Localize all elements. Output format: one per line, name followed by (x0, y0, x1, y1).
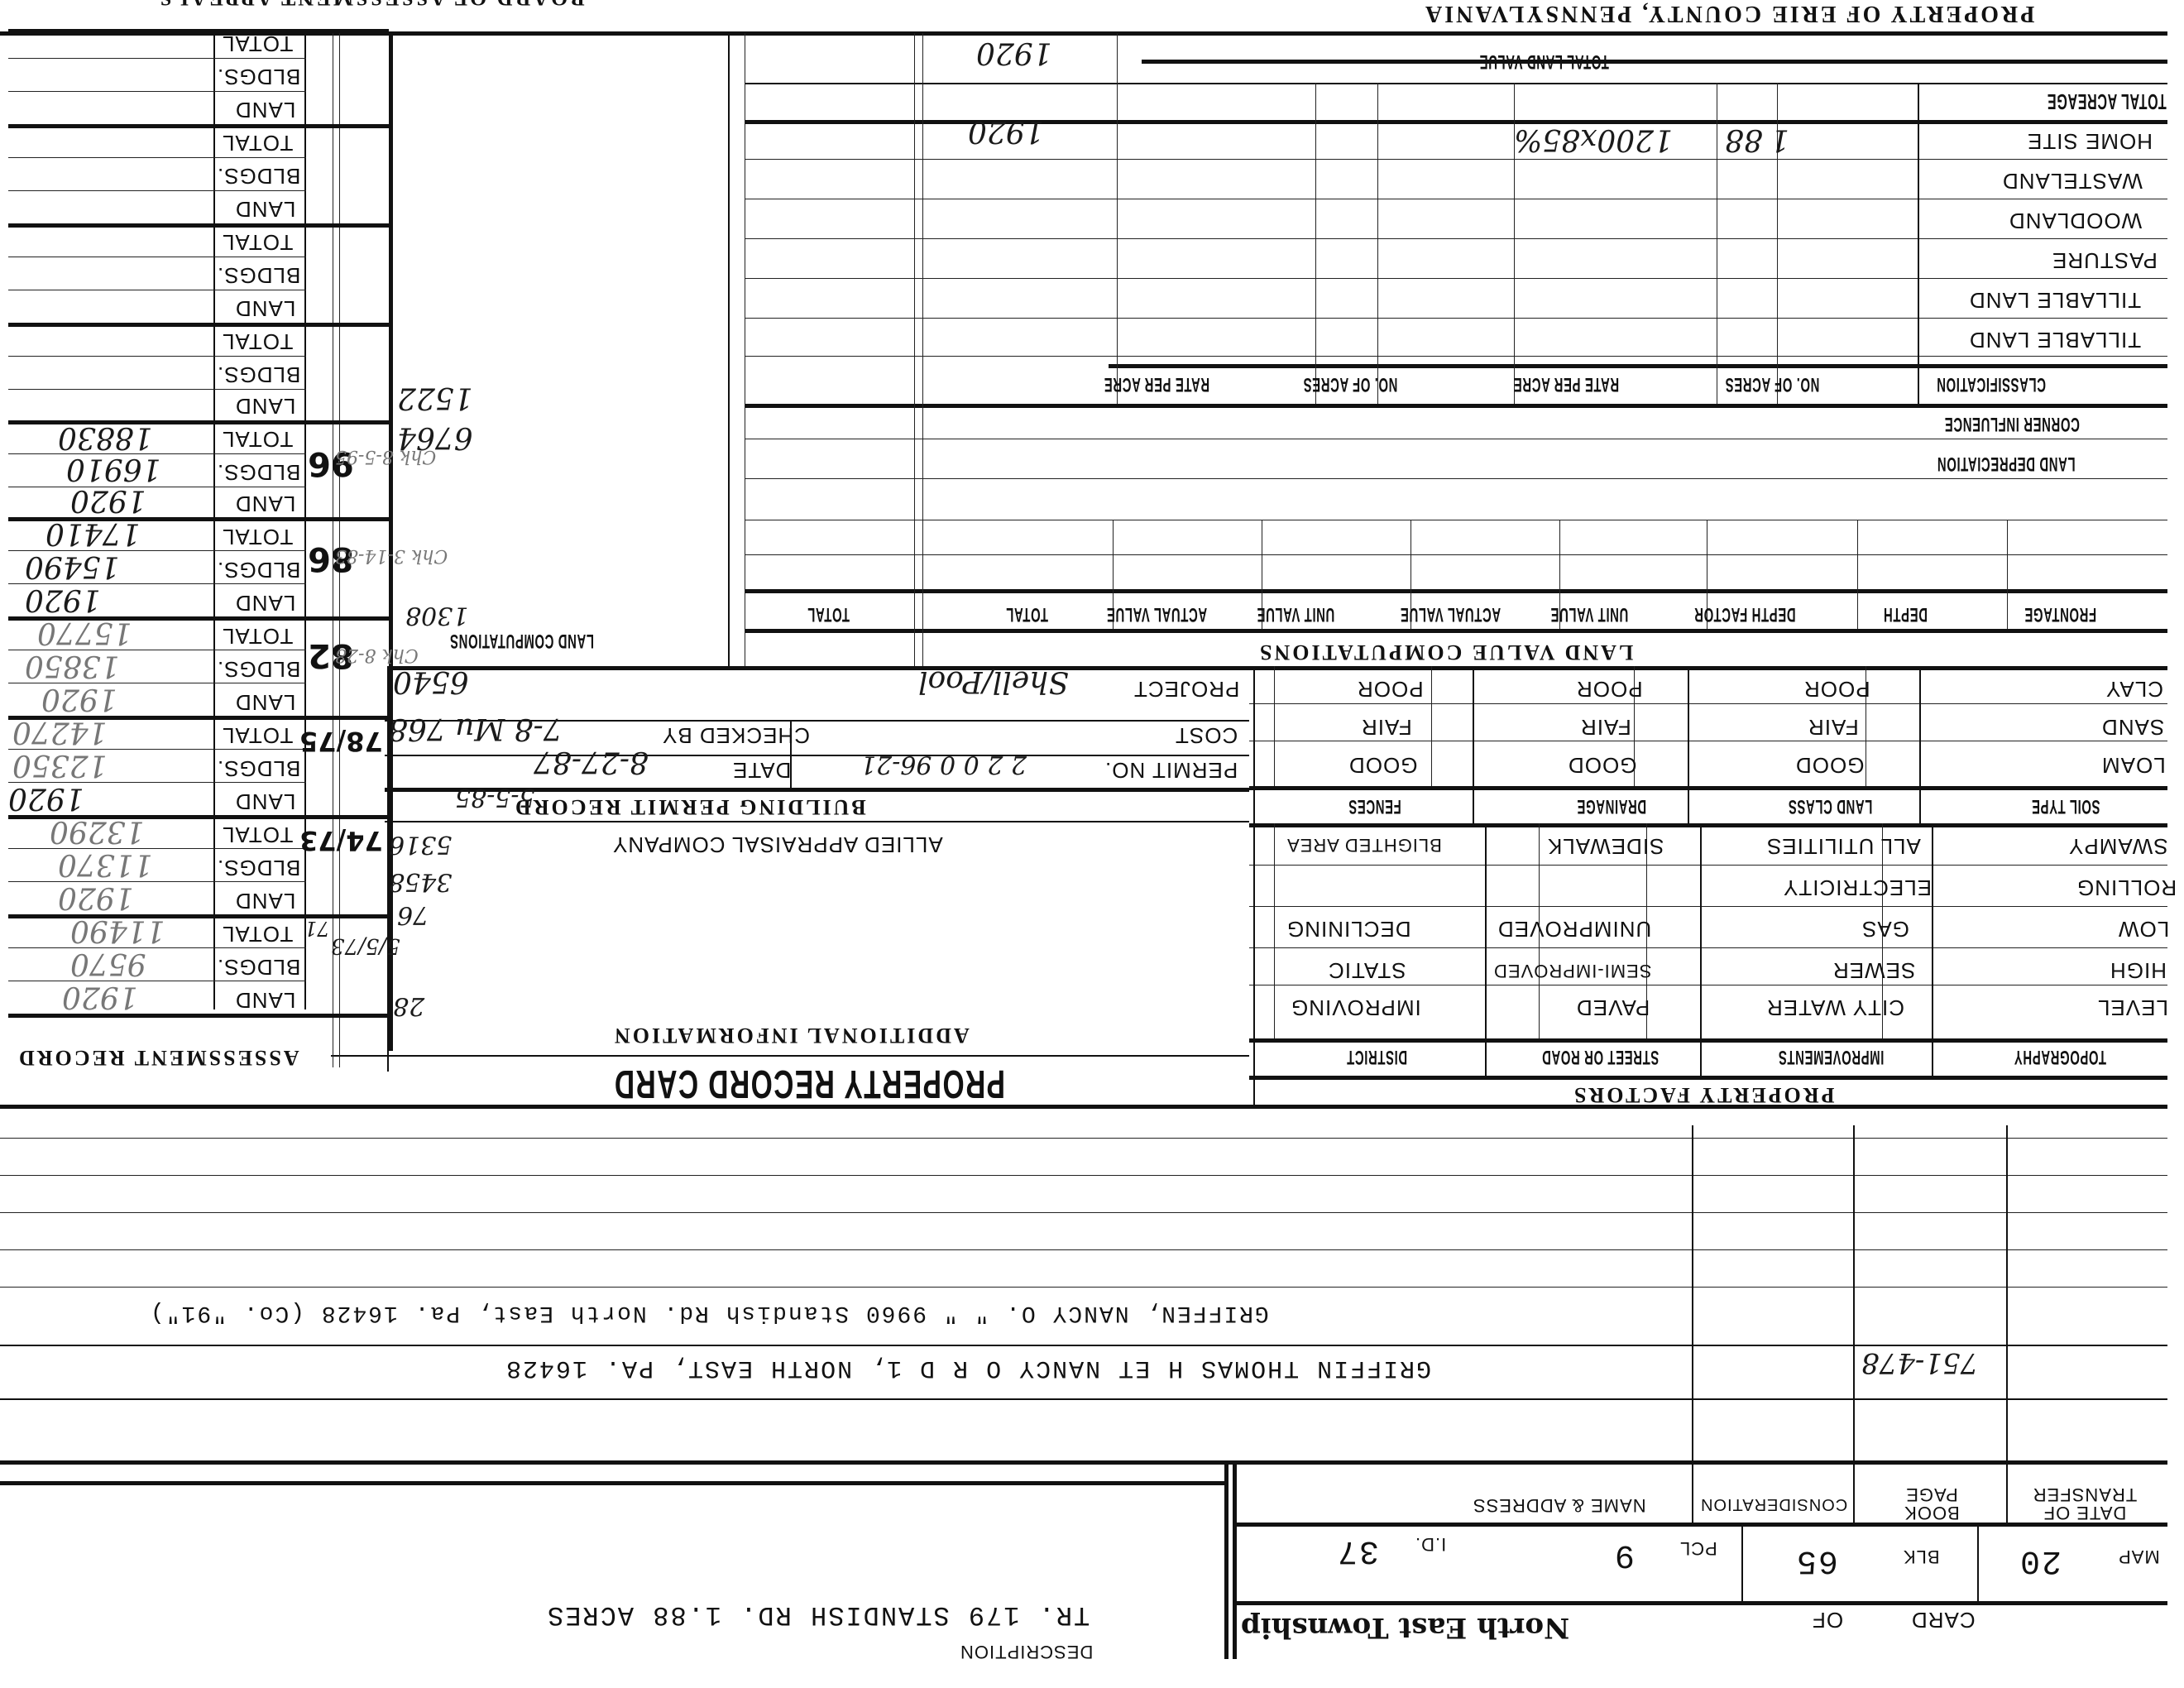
lc-value-3: 1308 (405, 602, 468, 627)
assess-86-total: 17410 (45, 518, 141, 548)
label-project: PROJECT (1133, 679, 1239, 700)
pcl-value: 9 (1613, 1537, 1635, 1571)
label-land-depreciation: LAND DEPRECIATION (1937, 453, 2075, 473)
project-value: Shell/Pool (918, 666, 1069, 696)
assess-96-bldgs: 16910 (66, 453, 161, 483)
header-book-page: BOOK PAGE (1890, 1485, 1973, 1522)
soil-loam: LOAM (2101, 755, 2166, 776)
impr-all-utilities: ALL UTILITIES (1766, 836, 1921, 857)
header-drainage: DRAINAGE (1577, 796, 1646, 816)
home-site-total: 1920 (968, 116, 1044, 146)
building-permit-title: BUILDING PERMIT RECORD (513, 796, 866, 818)
header-depth-factor: DEPTH FACTOR (1694, 604, 1796, 624)
additional-information: ADDITIONAL INFORMATION (612, 1024, 970, 1046)
fences-poor: POOR (1357, 679, 1424, 700)
label-total-acreage: TOTAL ACREAGE (2047, 91, 2166, 113)
assess-71-total: 11490 (70, 915, 165, 945)
home-site-acres: 1 (1770, 124, 1789, 154)
street-sidewalk: SIDEWALK (1547, 836, 1664, 857)
assess-note-82: Chk 8-28 (335, 645, 419, 664)
assess-year-74-73: 74/73 (299, 827, 383, 854)
assessment-record-title: ASSESSMENT RECORD (17, 1047, 299, 1068)
label-total: TOTAL (222, 33, 293, 55)
street-semi-improved: SEMI-IMPROVED (1493, 961, 1651, 980)
assess-82-bldgs: 13850 (25, 650, 120, 680)
lc-value-5: 5316 (389, 832, 452, 856)
blk-value: 65 (1795, 1543, 1838, 1576)
fences-fair: FAIR (1361, 717, 1412, 738)
lc-value-4: 6540 (393, 666, 469, 696)
label-bldgs: BLDGS. (217, 462, 300, 483)
county-title: PROPERTY OF ERIE COUNTY, PENNSYLVANIA (1423, 2, 2034, 25)
land-class-good: GOOD (1795, 755, 1864, 776)
street-unimproved: UNIMPROVED (1497, 918, 1651, 940)
label-permit-no: PERMIT NO. (1104, 760, 1238, 781)
header-land-class: LAND CLASS (1788, 796, 1872, 816)
label-total: TOTAL (222, 429, 293, 450)
label-total: TOTAL (222, 331, 293, 352)
label-total: TOTAL (222, 526, 293, 548)
header-date-of-transfer: DATE OF TRANSFER (2019, 1485, 2151, 1522)
side-date: 5-5-85 (455, 784, 535, 809)
assess-71-land: 1920 (62, 981, 138, 1011)
header-actual-value-2: ACTUAL VALUE (1106, 604, 1207, 624)
id-value: 37 (1336, 1533, 1379, 1566)
permit-date-value: 8-27-87 (534, 746, 649, 776)
drainage-good: GOOD (1568, 755, 1636, 776)
label-tillable-land-1: TILLABLE LAND (1969, 290, 2141, 311)
impr-gas: GAS (1861, 918, 1909, 940)
board-title: BOARD OF ASSESSMENT APPEALS (157, 0, 585, 8)
label-card: CARD (1911, 1609, 1976, 1631)
drainage-poor: POOR (1576, 679, 1643, 700)
assess-note-86: Chk 3-14-83 (335, 546, 448, 564)
label-total: TOTAL (222, 626, 293, 647)
header-fences: FENCES (1348, 796, 1401, 816)
soil-clay: CLAY (2105, 679, 2163, 700)
assess-82-total: 15770 (37, 617, 132, 647)
label-description: DESCRIPTION (960, 1642, 1093, 1661)
header-total-2: TOTAL (807, 604, 850, 624)
assess-78-land: 1920 (8, 783, 84, 813)
header-soil-type: SOIL TYPE (2031, 796, 2100, 816)
lc-value-6: 3458 (389, 869, 452, 894)
label-bldgs: BLDGS. (217, 857, 300, 879)
property-factors-title: PROPERTY FACTORS (1572, 1084, 1834, 1105)
label-map: MAP (2118, 1547, 2160, 1566)
label-land: LAND (235, 99, 295, 121)
allied-appraisal: ALLIED APPRAISAL COMPANY (612, 834, 943, 856)
total-land-value: 1920 (976, 37, 1052, 67)
header-total-1: TOTAL (1006, 604, 1048, 624)
transfer-row-1-book-page: 751-478 (1861, 1349, 1978, 1377)
label-of: OF (1812, 1609, 1843, 1631)
impr-sewer: SEWER (1832, 960, 1915, 981)
header-frontage: FRONTAGE (2024, 604, 2096, 624)
label-id: I.D. (1415, 1535, 1446, 1553)
label-total: TOTAL (222, 132, 293, 154)
land-value-title: LAND VALUE COMPUTATIONS (1257, 641, 1633, 663)
home-site-rate: 1200x85% (1514, 124, 1673, 154)
district-blighted-area: BLIGHTED AREA (1286, 836, 1442, 854)
label-land: LAND (235, 298, 295, 319)
label-land: LAND (235, 990, 295, 1011)
label-corner-influence: CORNER INFLUENCE (1944, 414, 2080, 434)
assess-96-total: 18830 (58, 422, 153, 452)
label-woodland: WOODLAND (2009, 210, 2142, 232)
impr-city-water: CITY WATER (1766, 997, 1904, 1019)
label-total: TOTAL (222, 923, 293, 945)
permit-no-value: 2 2 0 0 96-21 (860, 751, 1027, 776)
label-home-site: HOME SITE (2027, 131, 2153, 152)
assess-96-land: 1920 (70, 485, 146, 515)
soil-sand: SAND (2101, 717, 2164, 738)
header-no-of-acres-1: NO. OF ACRES (1725, 374, 1819, 394)
topo-rolling: ROLLING (2076, 877, 2177, 899)
assess-year-78-75: 78/75 (299, 728, 383, 755)
header-actual-value-1: ACTUAL VALUE (1400, 604, 1501, 624)
home-site-acres-fraction: 88 (1725, 124, 1763, 154)
label-bldgs: BLDGS. (217, 758, 300, 779)
assess-78-total: 14270 (12, 717, 108, 746)
assess-note-71: 5/5/73 (331, 935, 400, 957)
label-total: TOTAL (222, 824, 293, 846)
lc-value-7: 76 (397, 902, 429, 927)
street-paved: PAVED (1576, 997, 1650, 1019)
label-cost: COST (1175, 725, 1238, 746)
header-district: DISTRICT (1347, 1047, 1408, 1067)
label-land: LAND (235, 791, 295, 813)
land-class-fair: FAIR (1808, 717, 1859, 738)
header-topography: TOPOGRAPHY (2014, 1047, 2106, 1067)
header-name-address: NAME & ADDRESS (1473, 1496, 1646, 1514)
lc-value-8: 28 (393, 993, 424, 1018)
assess-74-land: 1920 (58, 882, 134, 912)
map-value: 20 (2019, 1543, 2062, 1576)
transfer-row-1-name: GRIFFIN THOMAS H ET NANCY O R D 1, NORTH… (505, 1355, 1431, 1380)
transfer-row-2-name: GRIFFEN, NANCY O. " " 9960 Standish Rd. … (149, 1301, 1269, 1324)
label-wasteland: WASTELAND (2002, 170, 2143, 192)
label-bldgs: BLDGS. (217, 659, 300, 680)
township-name: North East Township (1241, 1614, 1569, 1642)
label-land: LAND (235, 592, 295, 614)
description-value: TR. 179 STANDISH RD. 1.88 ACRES (546, 1601, 1090, 1628)
header-unit-value-2: UNIT VALUE (1257, 604, 1334, 624)
drainage-fair: FAIR (1580, 717, 1631, 738)
header-classification: CLASSIFICATION (1937, 374, 2046, 394)
header-no-of-acres-2: NO. OF ACRES (1303, 374, 1397, 394)
label-checked-by: CHECKED BY (662, 725, 810, 746)
assess-74-bldgs: 11370 (58, 849, 153, 879)
property-record-card-title: PROPERTY RECORD CARD (613, 1063, 1005, 1103)
header-improvements: IMPROVEMENTS (1778, 1047, 1884, 1067)
label-total: TOTAL (222, 725, 293, 746)
label-land: LAND (235, 890, 295, 912)
impr-electricity: ELECTRICITY (1783, 877, 1932, 899)
header-consideration: CONSIDERATION (1700, 1496, 1847, 1513)
header-rate-per-acre-2: RATE PER ACRE (1104, 374, 1209, 394)
assess-year-71: 71 (304, 918, 330, 938)
district-declining: DECLINING (1286, 918, 1411, 940)
checked-by-value: 7-8 Mu 768 (389, 713, 563, 743)
assess-note-96: Chk 8-5-95 (335, 447, 436, 465)
topo-high: HIGH (2110, 960, 2167, 981)
label-bldgs: BLDGS. (217, 265, 300, 286)
label-pcl: PCL (1679, 1539, 1717, 1557)
header-depth: DEPTH (1883, 604, 1928, 624)
topo-swampy: SWAMPY (2068, 836, 2168, 857)
label-land: LAND (235, 199, 295, 220)
fences-good: GOOD (1348, 755, 1417, 776)
header-rate-per-acre-1: RATE PER ACRE (1513, 374, 1619, 394)
lc-value-1: 1522 (397, 382, 473, 412)
assess-82-land: 1920 (41, 683, 117, 713)
land-computations-title: LAND COMPUTATIONS (449, 631, 593, 650)
assess-86-land: 1920 (25, 584, 101, 614)
label-bldgs: BLDGS. (217, 165, 300, 187)
label-bldgs: BLDGS. (217, 957, 300, 978)
label-total: TOTAL (222, 232, 293, 253)
assess-86-bldgs: 15490 (25, 551, 120, 581)
label-pasture: PASTURE (2052, 250, 2158, 271)
assess-74-total: 13290 (50, 816, 145, 846)
label-date: DATE (732, 760, 791, 781)
header-unit-value-1: UNIT VALUE (1550, 604, 1628, 624)
topo-level: LEVEL (2097, 997, 2168, 1019)
label-land: LAND (235, 396, 295, 417)
district-static: STATIC (1328, 960, 1406, 981)
header-street-or-road: STREET OR ROAD (1541, 1047, 1659, 1067)
label-land: LAND (235, 493, 295, 515)
topo-low: LOW (2118, 918, 2169, 940)
label-blk: BLK (1903, 1547, 1940, 1566)
label-bldgs: BLDGS. (217, 559, 300, 581)
land-class-poor: POOR (1803, 679, 1870, 700)
label-tillable-land-2: TILLABLE LAND (1969, 329, 2141, 351)
label-total-land-value: TOTAL LAND VALUE (1479, 51, 1609, 71)
label-bldgs: BLDGS. (217, 364, 300, 386)
assess-71-bldgs: 9570 (70, 948, 146, 978)
label-land: LAND (235, 692, 295, 713)
label-bldgs: BLDGS. (217, 66, 300, 88)
assess-78-bldgs: 12350 (12, 750, 108, 779)
district-improving: IMPROVING (1291, 997, 1421, 1019)
